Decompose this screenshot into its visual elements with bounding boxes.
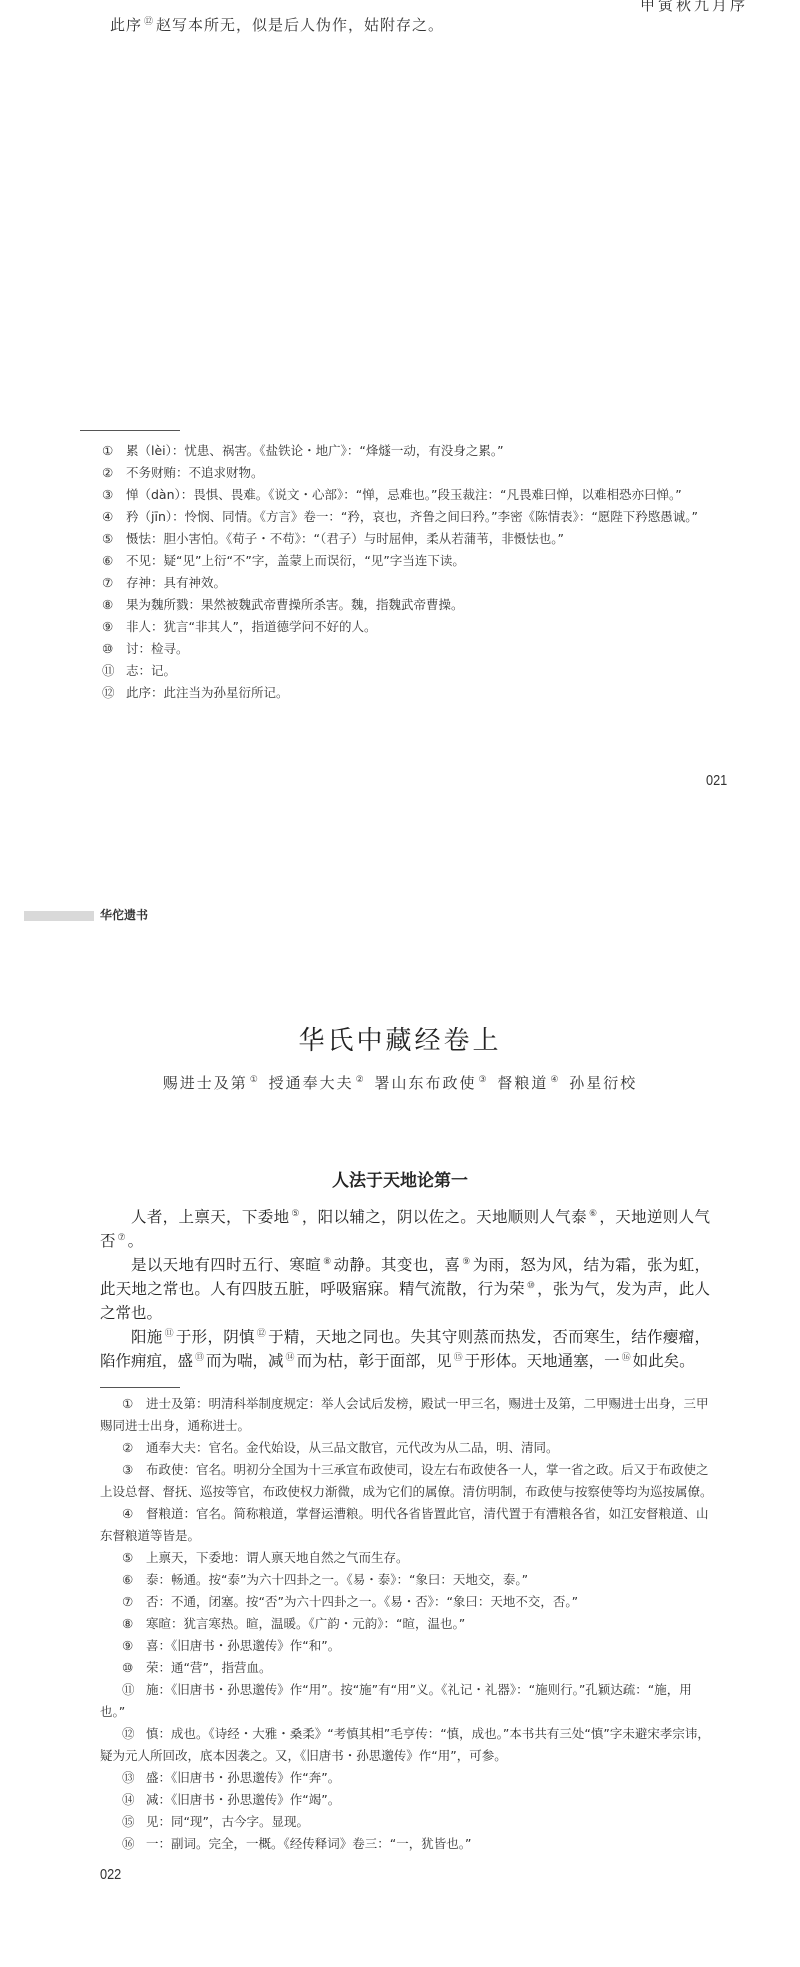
footnote-text: 不务财贿：不追求财物。 [126,465,264,480]
footnote-ref[interactable]: ⑯ [622,1353,631,1363]
footnote-ref[interactable]: ⑭ [286,1353,295,1363]
footnote-ref[interactable]: ⑫ [144,17,154,27]
footnote-item: ⑧果为魏所戮：果然被魏武帝曹操所杀害。魏，指魏武帝曹操。 [80,594,720,616]
footnote-number: ⑨ [122,1635,142,1657]
footnote-item: ⑥泰：畅通。按“泰”为六十四卦之一。《易・泰》：“象曰：天地交，泰。” [100,1569,715,1591]
footnote-text: 此序：此注当为孙星衍所记。 [126,685,289,700]
footnote-text: 存神：具有神效。 [126,575,226,590]
footnote-item: ③布政使：官名。明初分全国为十三承宣布政使司，设左右布政使各一人，掌一省之政。后… [100,1459,715,1503]
footnote-item: ①累（lèi）：忧患、祸害。《盐铁论・地广》：“烽燧一动，有没身之累。” [80,440,720,462]
footnote-text: 进士及第：明清科举制度规定：举人会试后发榜，殿试一甲三名，赐进士及第，二甲赐进士… [100,1396,709,1433]
footnote-ref[interactable]: ⑦ [118,1233,126,1243]
footnote-number: ⑯ [122,1833,142,1855]
footnote-text: 果为魏所戮：果然被魏武帝曹操所杀害。魏，指魏武帝曹操。 [126,597,464,612]
footnote-list-p22: ①进士及第：明清科举制度规定：举人会试后发榜，殿试一甲三名，赐进士及第，二甲赐进… [100,1393,715,1855]
footnote-text: 施：《旧唐书・孙思邈传》作“用”。按“施”有“用”义。《礼记・礼器》：“施则行。… [100,1682,692,1719]
footnote-item: ①进士及第：明清科举制度规定：举人会试后发榜，殿试一甲三名，赐进士及第，二甲赐进… [100,1393,715,1437]
footnote-item: ⑨喜：《旧唐书・孙思邈传》作“和”。 [100,1635,715,1657]
footnote-item: ⑯一：副词。完全，一概。《经传释词》卷三：“一，犹皆也。” [100,1833,715,1855]
footnote-item: ⑩讨：检寻。 [80,638,720,660]
footnote-item: ④矜（jīn）：怜悯、同情。《方言》卷一：“矜，哀也，齐鲁之间曰矜。”李密《陈情… [80,506,720,528]
footnote-number: ⑥ [102,550,122,572]
book-title: 华氏中藏经卷上 [0,1020,800,1057]
footnote-text: 喜：《旧唐书・孙思邈传》作“和”。 [146,1638,340,1653]
preface-note-text: 此序 [110,16,142,34]
paragraph: 阳施⑪于形，阴慎⑫于精，天地之同也。失其守则蒸而热发，否而寒生，结作瘿瘤，陷作痈… [100,1325,710,1373]
byline-title: 授通奉大夫 [269,1074,354,1092]
footnote-item: ⑨非人：犹言“非其人”，指道德学问不好的人。 [80,616,720,638]
footnote-number: ③ [102,484,122,506]
footnote-item: ⑤上禀天，下委地：谓人禀天地自然之气而生存。 [100,1547,715,1569]
footnote-number: ⑪ [122,1679,142,1701]
footnote-item: ②通奉大夫：官名。金代始设，从三品文散官，元代改为从二品，明、清同。 [100,1437,715,1459]
footnote-ref[interactable]: ⑤ [291,1209,299,1219]
running-head-right: 甲寅秋九月序 [640,0,748,15]
footnote-text: 一：副词。完全，一概。《经传释词》卷三：“一，犹皆也。” [146,1836,471,1851]
footnote-number: ⑪ [102,660,122,682]
footnote-text: 上禀天，下委地：谓人禀天地自然之气而生存。 [146,1550,409,1565]
byline-title: 孙星衍校 [569,1074,637,1092]
footnote-number: ② [122,1437,142,1459]
footnote-number: ⑦ [102,572,122,594]
paragraph-text: 是以天地有四时五行、寒暄 [131,1256,321,1274]
footnote-item: ⑧寒暄：犹言寒热。暄，温暖。《广韵・元韵》：“暄，温也。” [100,1613,715,1635]
footnote-number: ⑧ [122,1613,142,1635]
footnote-number: ⑮ [122,1811,142,1833]
paragraph-text: 而为喘，减 [206,1352,284,1370]
footnote-text: 不见：疑“见”上衍“不”字，盖蒙上而误衍，“见”字当连下读。 [126,553,465,568]
footnote-text: 布政使：官名。明初分全国为十三承宣布政使司，设左右布政使各一人，掌一省之政。后又… [100,1462,713,1499]
footnote-ref[interactable]: ⑩ [527,1281,535,1291]
footnote-ref[interactable]: ⑧ [323,1257,331,1267]
footnote-item: ⑪志：记。 [80,660,720,682]
byline-title: 督粮道 [497,1074,548,1092]
body-text: 人者，上禀天，下委地⑤，阳以辅之，阴以佐之。天地顺则人气泰⑥，天地逆则人气否⑦。… [100,1205,710,1373]
footnote-ref[interactable]: ③ [479,1075,489,1085]
footnote-number: ⑧ [102,594,122,616]
footnote-number: ② [102,462,122,484]
footnote-number: ⑤ [102,528,122,550]
footnote-item: ⑪施：《旧唐书・孙思邈传》作“用”。按“施”有“用”义。《礼记・礼器》：“施则行… [100,1679,715,1723]
paragraph-text: 动静。其变也，喜 [334,1256,461,1274]
paragraph-text: 阳施 [131,1328,163,1346]
chapter-title: 人法于天地论第一 [0,1166,800,1191]
footnote-divider [80,430,180,431]
footnote-item: ④督粮道：官名。简称粮道，掌督运漕粮。明代各省皆置此官，清代置于有漕粮各省，如江… [100,1503,715,1547]
footnote-number: ⑬ [122,1767,142,1789]
footnote-text: 非人：犹言“非其人”，指道德学问不好的人。 [126,619,376,634]
footnote-ref[interactable]: ⑥ [589,1209,597,1219]
footnote-number: ⑫ [102,682,122,704]
footnote-number: ⑦ [122,1591,142,1613]
footnote-number: ① [102,440,122,462]
footnote-number: ① [122,1393,142,1415]
footnote-item: ⑬盛：《旧唐书・孙思邈传》作“奔”。 [100,1767,715,1789]
footnote-text: 督粮道：官名。简称粮道，掌督运漕粮。明代各省皆置此官，清代置于有漕粮各省，如江安… [100,1506,709,1543]
footnote-item: ⑦否：不通，闭塞。按“否”为六十四卦之一。《易・否》：“象曰：天地不交，否。” [100,1591,715,1613]
footnote-item: ⑮见：同“现”，古今字。显现。 [100,1811,715,1833]
footnote-divider [100,1387,180,1388]
footnote-item: ⑩荣：通“营”，指营血。 [100,1657,715,1679]
footnote-ref[interactable]: ⑨ [462,1257,470,1267]
footnote-number: ⑩ [102,638,122,660]
paragraph-text: 而为枯，彰于面部，见 [297,1352,452,1370]
footnote-list-p21: ①累（lèi）：忧患、祸害。《盐铁论・地广》：“烽燧一动，有没身之累。”②不务财… [80,440,720,704]
footnote-text: 矜（jīn）：怜悯、同情。《方言》卷一：“矜，哀也，齐鲁之间曰矜。”李密《陈情表… [126,509,698,524]
footnote-item: ⑭减：《旧唐书・孙思邈传》作“竭”。 [100,1789,715,1811]
footnote-item: ②不务财贿：不追求财物。 [80,462,720,484]
footnote-text: 盛：《旧唐书・孙思邈传》作“奔”。 [146,1770,340,1785]
paragraph-text: 于形，阴慎 [176,1328,255,1346]
page-number: 022 [100,1866,121,1883]
running-head-bar [24,911,94,921]
preface-note: 此序⑫赵写本所无，似是后人伪作，姑附存之。 [110,14,444,35]
footnote-ref[interactable]: ⑪ [165,1329,174,1339]
footnote-text: 减：《旧唐书・孙思邈传》作“竭”。 [146,1792,340,1807]
footnote-number: ⑫ [122,1723,142,1745]
footnote-number: ③ [122,1459,142,1481]
running-head-title: 华佗遗书 [100,906,148,923]
footnote-number: ⑭ [122,1789,142,1811]
preface-note-text: 赵写本所无，似是后人伪作，姑附存之。 [156,16,444,34]
footnote-number: ④ [122,1503,142,1525]
byline-title: 赐进士及第 [163,1074,248,1092]
page-number: 021 [706,772,727,789]
footnote-ref[interactable]: ④ [550,1075,560,1085]
footnote-item: ⑫慎：成也。《诗经・大雅・桑柔》“考慎其相”毛亨传：“慎，成也。”本书共有三处“… [100,1723,715,1767]
footnote-text: 否：不通，闭塞。按“否”为六十四卦之一。《易・否》：“象曰：天地不交，否。” [146,1594,578,1609]
footnote-item: ⑦存神：具有神效。 [80,572,720,594]
footnote-ref[interactable]: ⑮ [454,1353,463,1363]
footnote-ref[interactable]: ① [250,1075,260,1085]
paragraph: 人者，上禀天，下委地⑤，阳以辅之，阴以佐之。天地顺则人气泰⑥，天地逆则人气否⑦。 [100,1205,710,1253]
footnote-text: 讨：检寻。 [126,641,189,656]
footnote-item: ③惮（dàn）：畏惧、畏难。《说文・心部》：“惮，忌难也。”段玉裁注：“凡畏难曰… [80,484,720,506]
footnote-number: ⑨ [102,616,122,638]
footnote-ref[interactable]: ⑬ [195,1353,204,1363]
footnote-text: 慎：成也。《诗经・大雅・桑柔》“考慎其相”毛亨传：“慎，成也。”本书共有三处“慎… [100,1726,710,1763]
paragraph-text: 于形体。天地通塞，一 [465,1352,620,1370]
footnote-number: ⑤ [122,1547,142,1569]
footnote-text: 惮（dàn）：畏惧、畏难。《说文・心部》：“惮，忌难也。”段玉裁注：“凡畏难曰惮… [126,487,682,502]
footnote-text: 寒暄：犹言寒热。暄，温暖。《广韵・元韵》：“暄，温也。” [146,1616,465,1631]
footnote-ref[interactable]: ⑫ [257,1329,266,1339]
paragraph-text: 。 [128,1232,144,1250]
footnote-item: ⑤慑怯：胆小害怕。《荀子・不苟》：“（君子）与时屈伸，柔从若蒲苇，非慑怯也。” [80,528,720,550]
footnote-text: 慑怯：胆小害怕。《荀子・不苟》：“（君子）与时屈伸，柔从若蒲苇，非慑怯也。” [126,531,564,546]
paragraph-text: ，阳以辅之，阴以佐之。天地顺则人气泰 [302,1208,587,1226]
footnote-number: ⑥ [122,1569,142,1591]
footnote-number: ④ [102,506,122,528]
paragraph-text: 如此矣。 [633,1352,695,1370]
footnote-number: ⑩ [122,1657,142,1679]
footnote-item: ⑥不见：疑“见”上衍“不”字，盖蒙上而误衍，“见”字当连下读。 [80,550,720,572]
paragraph-text: 人者，上禀天，下委地 [131,1208,289,1226]
byline-title: 署山东布政使 [374,1074,476,1092]
footnote-text: 累（lèi）：忧患、祸害。《盐铁论・地广》：“烽燧一动，有没身之累。” [126,443,504,458]
footnote-text: 志：记。 [126,663,176,678]
byline: 赐进士及第① 授通奉大夫② 署山东布政使③ 督粮道④ 孙星衍校 [0,1072,800,1093]
footnote-item: ⑫此序：此注当为孙星衍所记。 [80,682,720,704]
footnote-text: 通奉大夫：官名。金代始设，从三品文散官，元代改为从二品，明、清同。 [146,1440,559,1455]
footnote-text: 荣：通“营”，指营血。 [146,1660,271,1675]
footnote-text: 见：同“现”，古今字。显现。 [146,1814,309,1829]
paragraph: 是以天地有四时五行、寒暄⑧动静。其变也，喜⑨为雨，怒为风，结为霜，张为虹，此天地… [100,1253,710,1325]
footnote-ref[interactable]: ② [356,1075,366,1085]
footnote-text: 泰：畅通。按“泰”为六十四卦之一。《易・泰》：“象曰：天地交，泰。” [146,1572,528,1587]
